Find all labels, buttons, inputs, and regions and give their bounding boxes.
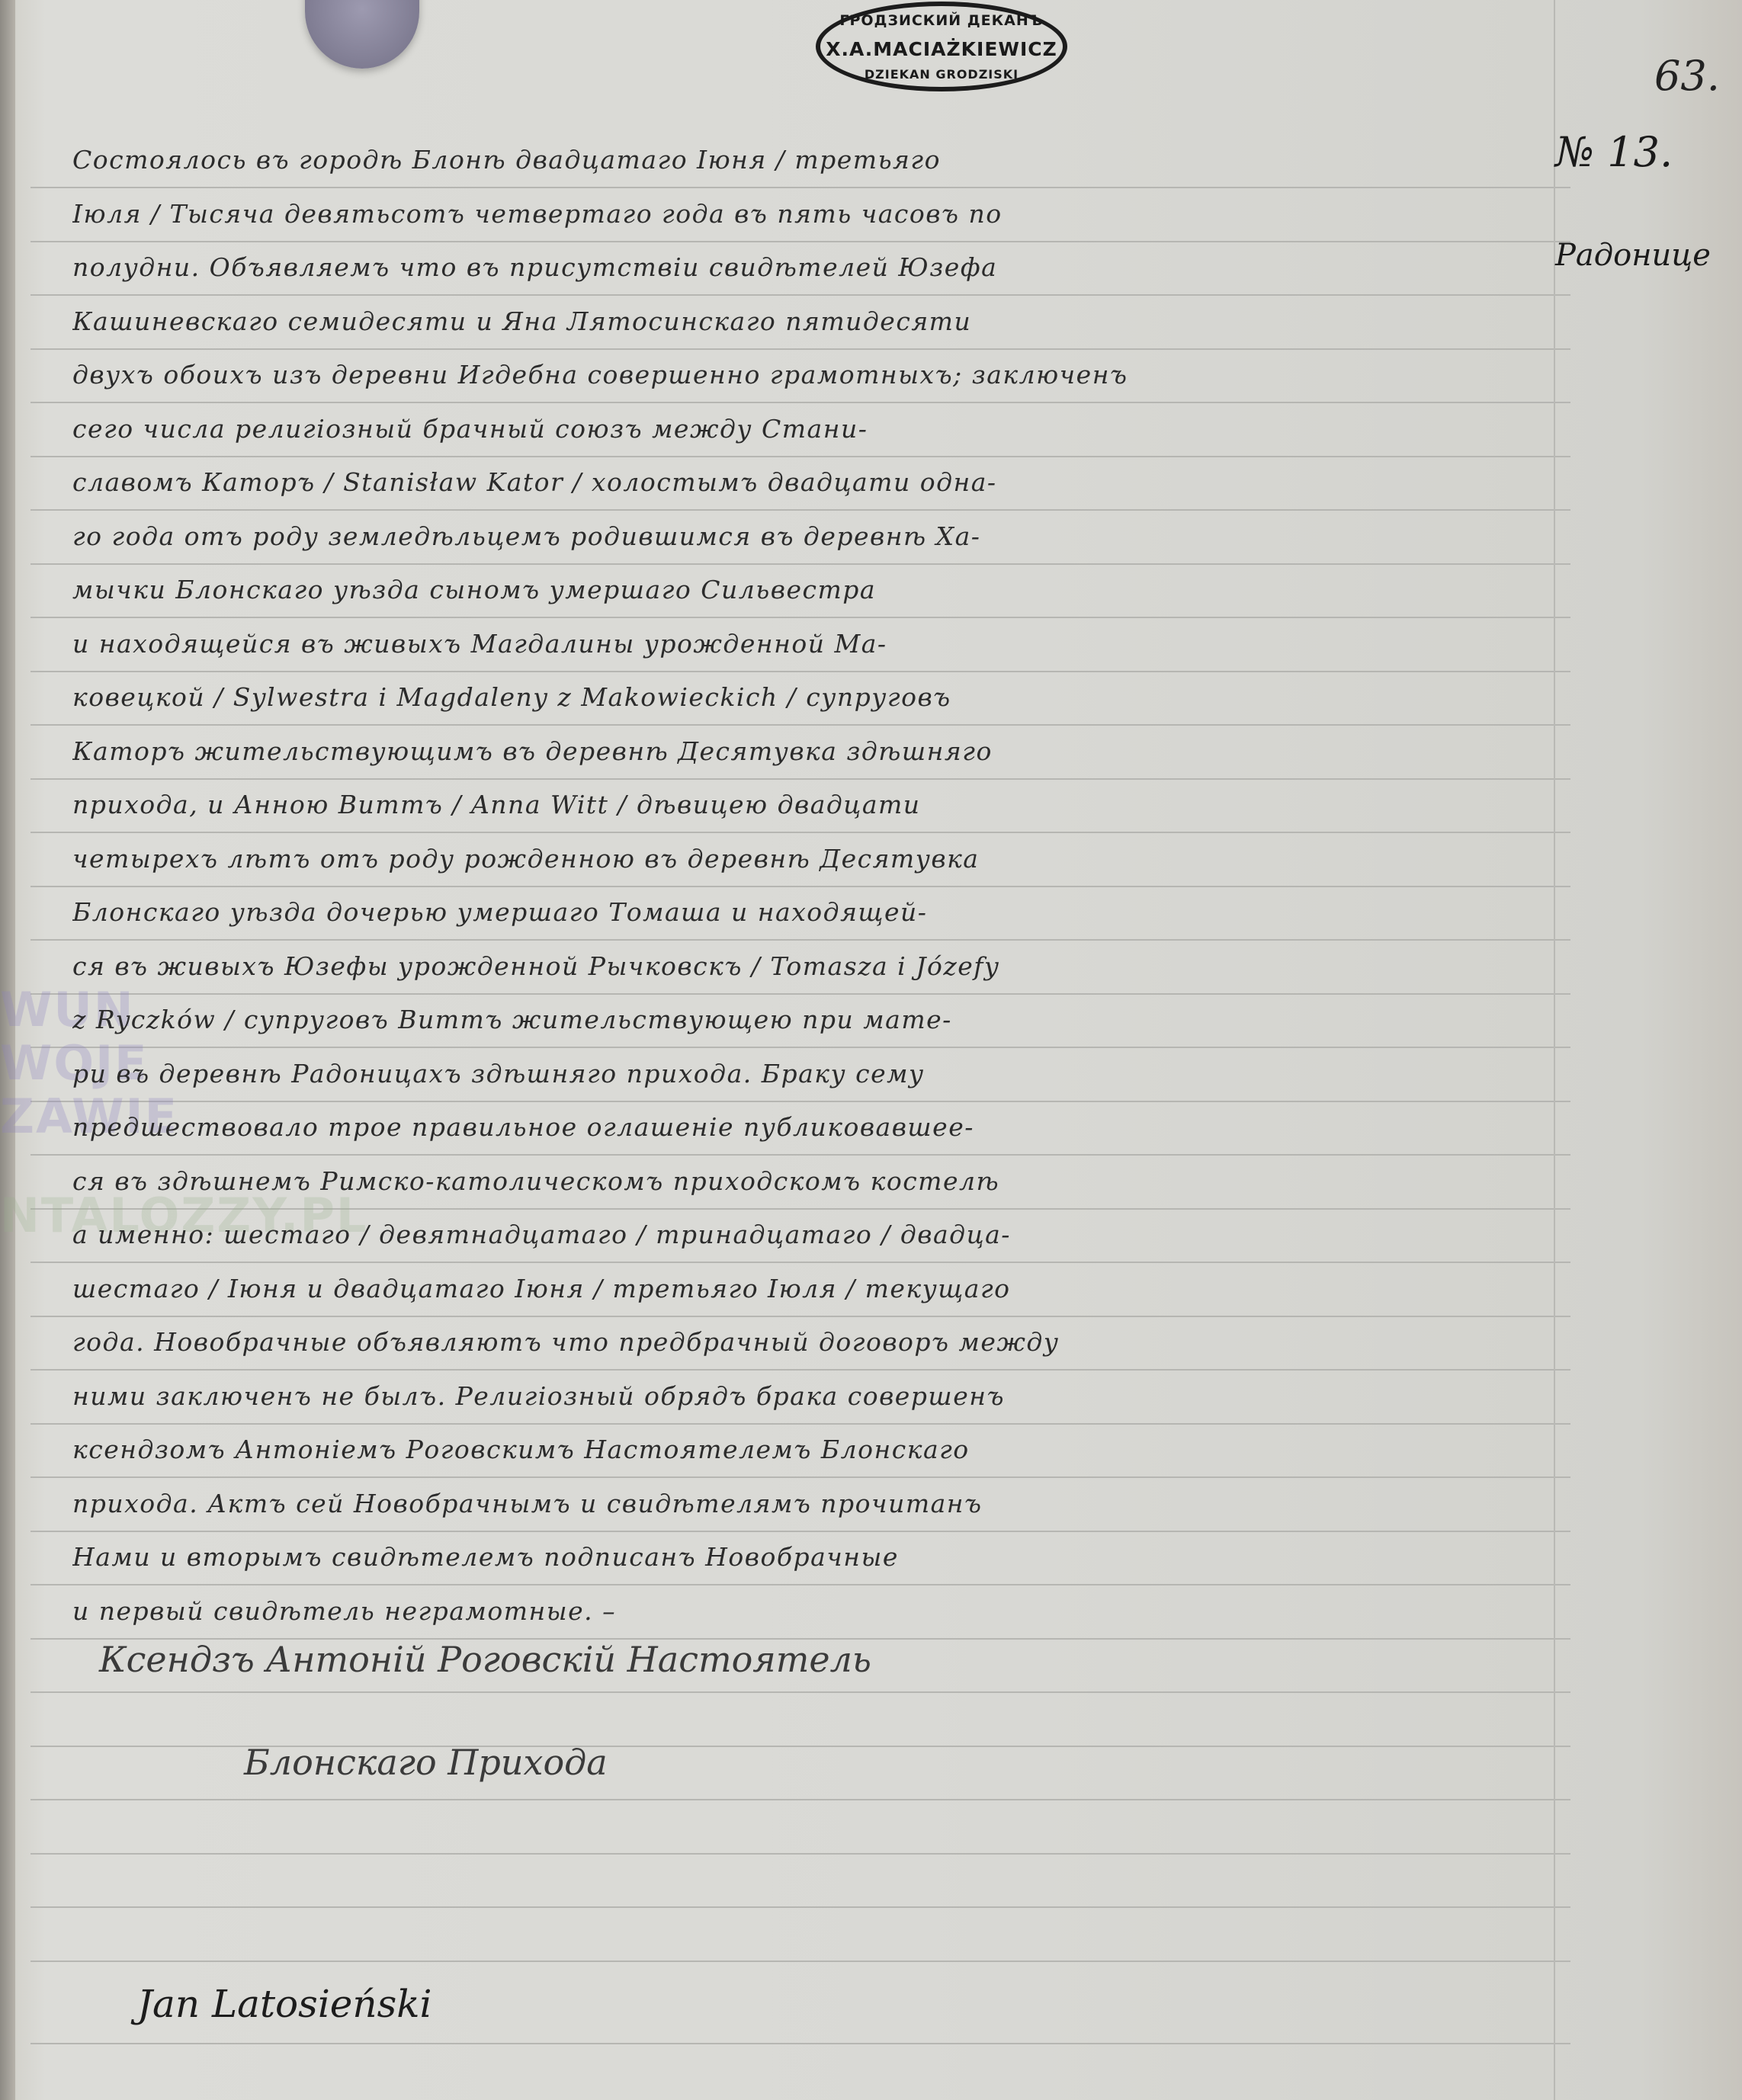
text-line: го года отъ роду земледѣльцемъ родившимс… [72,510,1544,564]
text-line: славомъ Каторъ / Stanisław Kator / холос… [72,456,1544,510]
text-line: сего числа религiозный брачный союзъ меж… [72,402,1544,457]
text-line: прихода, и Анною Виттъ / Anna Witt / дѣв… [72,778,1544,832]
dean-stamp: ГРОДЗИСКИЙ ДЕКАНЪ X.A.MACIAŻKIEWICZ DZIE… [816,2,1067,91]
text-line: Кашиневскаго семидесяти и Яна Лятосинска… [72,295,1544,349]
text-line: z Ryczków / супруговъ Виттъ жительствующ… [72,993,1544,1047]
text-line: ся въ живыхъ Юзефы урожденной Рычковскъ … [72,940,1544,994]
entry-body-text: Состоялось въ городѣ Блонѣ двадцатаго Iю… [72,133,1544,1638]
text-line: и находящейся въ живыхъ Магдалины урожде… [72,617,1544,672]
ruled-line [30,1691,1570,1693]
text-line: Iюля / Тысяча девятьсотъ четвертаго года… [72,188,1544,242]
text-line: года. Новобрачные объявляютъ что предбра… [72,1316,1544,1370]
text-line: Нами и вторымъ свидѣтелемъ подписанъ Нов… [72,1531,1544,1585]
text-line: ся въ здѣшнемъ Римско-католическомъ прих… [72,1155,1544,1209]
text-line: ксендзомъ Антонiемъ Роговскимъ Настоятел… [72,1423,1544,1477]
ruled-line [30,1961,1570,1962]
text-line: ри въ деревнѣ Радоницахъ здѣшняго приход… [72,1047,1544,1101]
text-line: Состоялось въ городѣ Блонѣ двадцатаго Iю… [72,133,1544,188]
text-line: шестаго / Iюня и двадцатаго Iюня / треть… [72,1262,1544,1316]
ruled-line [30,2043,1570,2044]
text-line: и первый свидѣтель неграмотные. – [72,1585,1544,1639]
text-line: прихода. Актъ сей Новобрачнымъ и свидѣте… [72,1477,1544,1531]
ruled-line [30,1853,1570,1855]
entry-number: № 13. [1555,128,1673,176]
scanner-thumb [305,0,419,69]
stamp-middle-text: X.A.MACIAŻKIEWICZ [820,38,1063,60]
stamp-top-text: ГРОДЗИСКИЙ ДЕКАНЪ [820,12,1063,29]
priest-signature-line1: Ксендзъ Антонiй Роговскiй Настоятель [99,1639,871,1680]
register-page: ГРОДЗИСКИЙ ДЕКАНЪ X.A.MACIAŻKIEWICZ DZIE… [0,0,1742,2100]
text-line: мычки Блонскаго уѣзда сыномъ умершаго Си… [72,563,1544,617]
stamp-bottom-text: DZIEKAN GRODZISKI [820,67,1063,82]
ruled-line [30,1906,1570,1908]
text-line: полудни. Объявляемъ что въ присутствiи с… [72,241,1544,295]
ruled-line [30,1799,1570,1800]
text-line: двухъ обоихъ изъ деревни Игдебна соверше… [72,348,1544,402]
text-line: ковецкой / Sylwestra i Magdaleny z Makow… [72,671,1544,725]
text-line: ними заключенъ не былъ. Религiозный обря… [72,1370,1544,1424]
priest-signature-line2: Блонскаго Прихода [244,1742,608,1783]
text-line: четырехъ лѣтъ отъ роду рожденною въ дере… [72,832,1544,886]
page-number: 63. [1654,52,1720,100]
text-line: Каторъ жительствующимъ въ деревнѣ Десяту… [72,725,1544,779]
text-line: а именно: шестаго / девятнадцатаго / три… [72,1208,1544,1262]
margin-village-name: Радонице [1555,238,1711,273]
text-line: Блонскаго уѣзда дочерью умершаго Томаша … [72,886,1544,940]
witness-signature: Jan Latosieński [137,1982,432,2026]
margin-rule [1554,0,1555,2100]
text-line: предшествовало трое правильное оглашенiе… [72,1101,1544,1155]
